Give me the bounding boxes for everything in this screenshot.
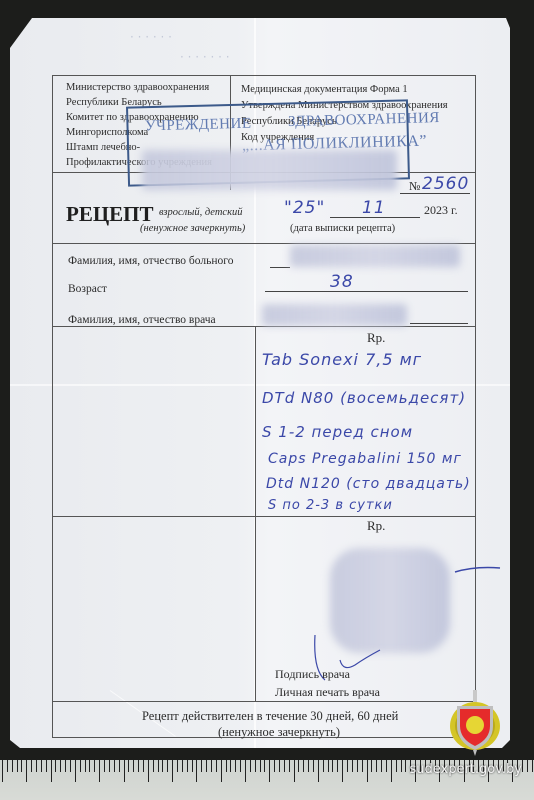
header-left-line: Министерство здравоохранения <box>66 80 209 96</box>
rp1-line: DTd N80 (восемьдесят) <box>262 389 466 407</box>
ruler-tick <box>396 760 397 772</box>
ruler-tick <box>133 760 134 772</box>
ruler-tick <box>230 760 231 772</box>
stamp-line-1-left: УЧРЕЖДЕНИЕ <box>145 116 252 136</box>
ruler-tick <box>527 760 528 772</box>
ruler-tick <box>250 760 251 772</box>
ruler-tick <box>405 760 406 772</box>
number-prefix: № <box>409 178 420 195</box>
ruler-tick <box>187 760 188 772</box>
redacted-doctor-name[interactable] <box>262 304 407 326</box>
ruler-tick <box>226 760 227 772</box>
age-underline <box>265 291 468 292</box>
ruler-tick <box>114 760 115 772</box>
ruler-tick <box>196 760 197 782</box>
date-year: 2023 г. <box>424 202 458 219</box>
ruler-tick <box>308 760 309 772</box>
ruler-tick <box>55 760 56 772</box>
ruler-tick <box>342 760 343 782</box>
ruler-tick <box>318 760 319 782</box>
ruler-tick <box>70 760 71 772</box>
patient-name-underline <box>270 267 290 268</box>
ruler-tick <box>323 760 324 772</box>
ruler-tick <box>274 760 275 772</box>
rp1-line: Dtd N120 (сто двадцать) <box>266 476 471 492</box>
ruler-tick <box>245 760 246 782</box>
ruler-tick <box>376 760 377 772</box>
ruler-tick <box>294 760 295 782</box>
ruler-tick <box>99 760 100 782</box>
watermark: sudexpert.gov.by <box>409 762 522 777</box>
ruler-tick <box>367 760 368 782</box>
ruler-tick <box>298 760 299 772</box>
rp1-label: Rp. <box>367 329 385 346</box>
date-month: 11 <box>362 198 386 218</box>
ruler-tick <box>337 760 338 772</box>
ruler-tick <box>12 760 13 772</box>
prescription-number: 2560 <box>422 174 469 194</box>
ruler-tick <box>177 760 178 772</box>
ruler-tick <box>80 760 81 772</box>
ruler-tick <box>41 760 42 772</box>
ruler-tick <box>60 760 61 772</box>
ruler-tick <box>51 760 52 782</box>
ruler-tick <box>75 760 76 782</box>
ruler-tick <box>328 760 329 772</box>
title-bottom-line <box>52 243 476 244</box>
ruler-tick <box>94 760 95 772</box>
rp-divider-line <box>52 516 476 517</box>
ruler-tick <box>211 760 212 772</box>
ruler-tick <box>289 760 290 772</box>
ruler-tick <box>371 760 372 772</box>
ruler-tick <box>532 760 533 772</box>
ruler-tick <box>109 760 110 772</box>
bleed-through-text: · · · · · · · <box>180 50 230 64</box>
ruler-tick <box>31 760 32 772</box>
ruler-tick <box>381 760 382 772</box>
age-label: Возраст <box>68 281 107 298</box>
ruler-tick <box>65 760 66 772</box>
ruler-tick <box>332 760 333 772</box>
validity-line-1: Рецепт действителен в течение 30 дней, 6… <box>142 708 398 725</box>
ruler-tick <box>386 760 387 772</box>
ruler-tick <box>216 760 217 772</box>
ruler-tick <box>240 760 241 772</box>
doctor-seal-label: Личная печать врача <box>275 684 380 701</box>
ruler-tick <box>26 760 27 782</box>
patient-name-label: Фамилия, имя, отчество больного <box>68 253 233 270</box>
ruler-tick <box>182 760 183 772</box>
ruler-tick <box>2 760 3 782</box>
ruler-tick <box>347 760 348 772</box>
ruler-tick <box>36 760 37 772</box>
validity-line-2: (ненужное зачеркнуть) <box>218 724 340 741</box>
forensic-expertise-emblem-icon <box>447 690 503 756</box>
ruler-tick <box>362 760 363 772</box>
rp1-line: S по 2-3 в сутки <box>268 498 393 513</box>
ruler-tick <box>264 760 265 772</box>
ruler-tick <box>104 760 105 772</box>
ruler-tick <box>313 760 314 772</box>
ruler-tick <box>17 760 18 772</box>
ruler-tick <box>21 760 22 772</box>
ruler-tick <box>303 760 304 772</box>
prescription-type: взрослый, детский <box>159 205 242 221</box>
redacted-patient-name[interactable] <box>290 245 460 267</box>
ruler-tick <box>128 760 129 772</box>
ruler-tick <box>7 760 8 772</box>
ruler-tick <box>221 760 222 782</box>
ruler-tick <box>172 760 173 782</box>
rp1-line: S 1-2 перед сном <box>262 423 413 441</box>
ruler-tick <box>153 760 154 772</box>
ruler-tick <box>206 760 207 772</box>
ruler-tick <box>235 760 236 772</box>
ruler-tick <box>284 760 285 772</box>
ruler-tick <box>269 760 270 782</box>
redacted-institution <box>142 150 397 190</box>
ruler-tick <box>260 760 261 772</box>
doctor-name-underline <box>410 323 468 324</box>
ruler-tick <box>119 760 120 772</box>
ruler-tick <box>138 760 139 772</box>
header-right-line: Медицинская документация Форма 1 <box>241 82 408 98</box>
ruler-tick <box>192 760 193 772</box>
prescription-type-note: (ненужное зачеркнуть) <box>140 221 245 237</box>
date-day: "25" <box>284 198 325 218</box>
ruler-tick <box>89 760 90 772</box>
ruler-tick <box>279 760 280 772</box>
ruler-tick <box>158 760 159 772</box>
ruler-tick <box>162 760 163 772</box>
ruler-tick <box>522 760 523 772</box>
validity-top-line <box>52 701 476 702</box>
rp1-line: Tab Sonexi 7,5 мг <box>262 350 422 369</box>
ruler-tick <box>357 760 358 772</box>
ruler-tick <box>352 760 353 772</box>
rp2-label: Rp. <box>367 517 385 534</box>
ruler-tick <box>255 760 256 772</box>
age-value[interactable]: 38 <box>330 272 354 292</box>
ruler-tick <box>148 760 149 782</box>
ruler-tick <box>85 760 86 772</box>
ruler-tick <box>201 760 202 772</box>
rp1-line: Caps Pregabalini 150 мг <box>268 451 462 467</box>
ruler-tick <box>143 760 144 772</box>
date-caption: (дата выписки рецепта) <box>290 221 395 237</box>
ruler-tick <box>401 760 402 772</box>
ruler-tick <box>46 760 47 772</box>
ruler-tick <box>391 760 392 782</box>
bleed-through-text: · · · · · · <box>130 30 172 44</box>
ruler-tick <box>124 760 125 782</box>
ruler-tick <box>167 760 168 772</box>
doctor-signature-label: Подпись врача <box>275 666 350 683</box>
doctor-name-label: Фамилия, имя, отчество врача <box>68 312 216 329</box>
